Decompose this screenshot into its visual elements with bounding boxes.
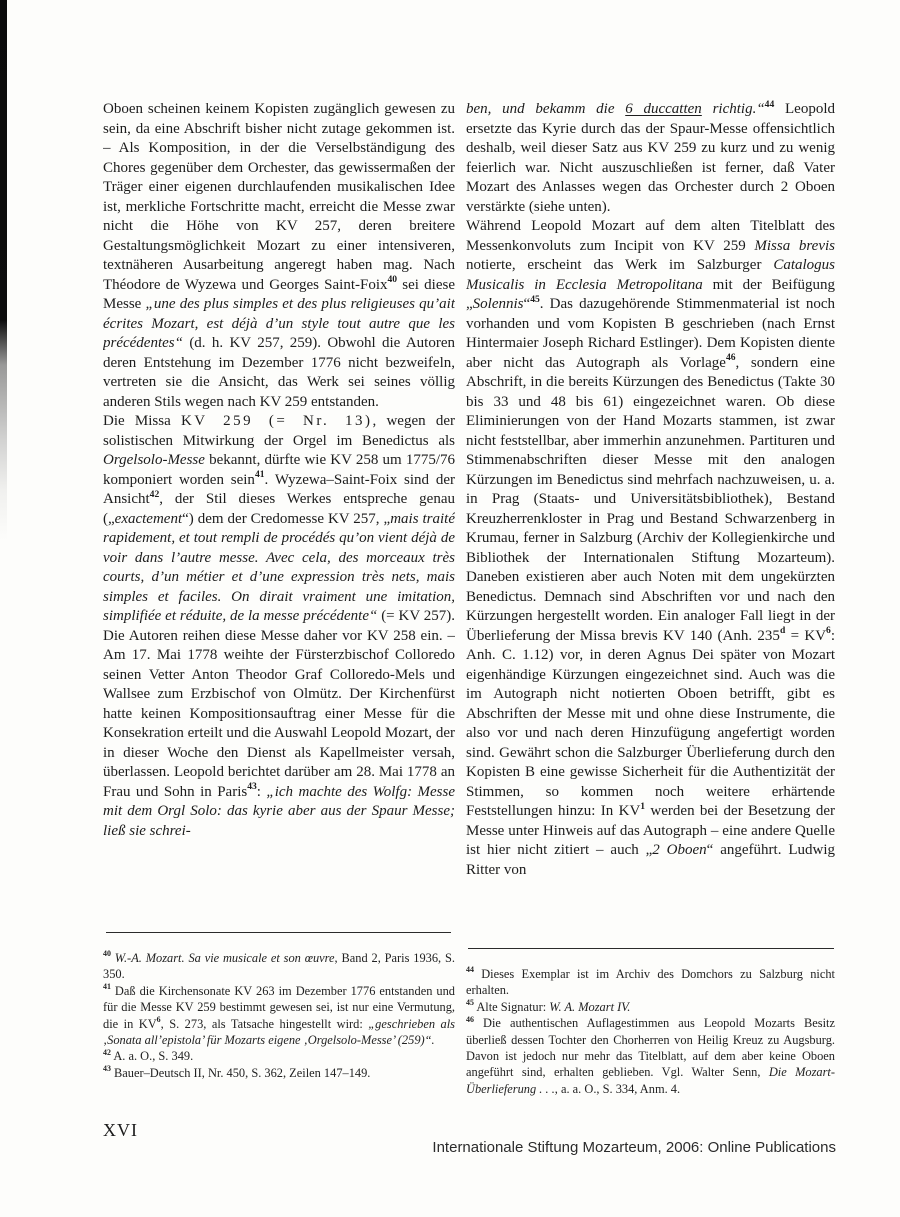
footnote: 43 Bauer–Deutsch II, Nr. 450, S. 362, Ze…: [103, 1065, 455, 1081]
footnote: 42 A. a. O., S. 349.: [103, 1048, 455, 1064]
right-footnotes: 44 Dieses Exemplar ist im Archiv des Dom…: [466, 966, 835, 1097]
right-column: ben, und bekamm die 6 duccatten richtig.…: [466, 100, 835, 945]
footnote: 46 Die authentischen Auflagestimmen aus …: [466, 1015, 835, 1097]
publication-footer: Internationale Stiftung Mozarteum, 2006:…: [432, 1139, 836, 1156]
footnote-divider: [106, 932, 451, 933]
scan-edge-artifact: [0, 0, 7, 540]
left-column: Oboen scheinen keinem Kopisten zugänglic…: [103, 100, 455, 945]
footnote: 44 Dieses Exemplar ist im Archiv des Dom…: [466, 966, 835, 999]
left-footnotes: 40 W.-A. Mozart. Sa vie musicale et son …: [103, 950, 455, 1081]
body-paragraph: Die Missa KV 259 (= Nr. 13), wegen der s…: [103, 412, 455, 841]
footnote: 41 Daß die Kirchensonate KV 263 im Dezem…: [103, 983, 455, 1049]
body-paragraph: Oboen scheinen keinem Kopisten zugänglic…: [103, 100, 455, 412]
body-paragraph: ben, und bekamm die 6 duccatten richtig.…: [466, 100, 835, 217]
scanned-page: Oboen scheinen keinem Kopisten zugänglic…: [0, 0, 900, 1217]
footnote-divider: [468, 948, 834, 949]
footnote: 45 Alte Signatur: W. A. Mozart IV.: [466, 999, 835, 1015]
body-paragraph: Während Leopold Mozart auf dem alten Tit…: [466, 217, 835, 880]
page-number: XVI: [103, 1120, 138, 1141]
footnote: 40 W.-A. Mozart. Sa vie musicale et son …: [103, 950, 455, 983]
